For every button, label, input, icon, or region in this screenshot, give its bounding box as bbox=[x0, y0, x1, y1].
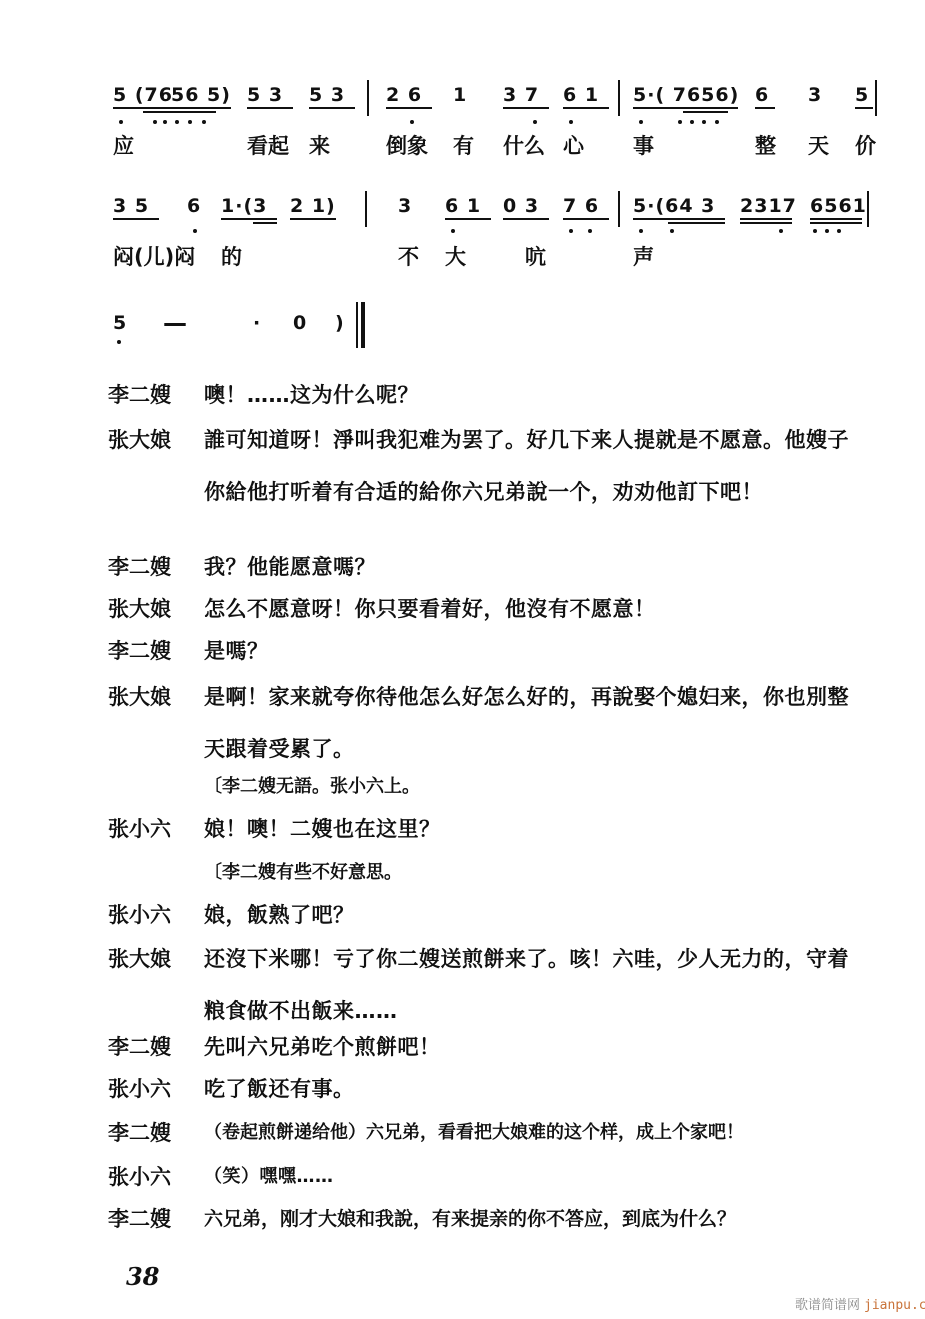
lyric-word: 心 bbox=[563, 134, 584, 158]
note-group: 5 bbox=[113, 312, 127, 334]
lyric-word: 应 bbox=[113, 134, 134, 158]
page-number: 38 bbox=[126, 1262, 159, 1291]
score-line-1: 5 (76 56 5) 5 3 5 3 2 6 1 3 7 6 1 5·( 76… bbox=[113, 82, 873, 162]
speaker-name: 张大娘 bbox=[108, 684, 198, 710]
lyric-word: 有 bbox=[453, 134, 474, 158]
score-line-3: 5 — · 0 ) bbox=[113, 300, 873, 380]
octave-dot bbox=[117, 340, 121, 344]
watermark-en: jianpu.cn bbox=[864, 1298, 925, 1313]
speech-text: 誰可知道呀！淨叫我犯难为罢了。好几下来人提就是不愿意。他嫂子你給他打听着有合适的… bbox=[204, 414, 864, 518]
lyrics-row: 闷(儿)闷 的 不 大 吭 声 bbox=[113, 193, 873, 273]
speaker-name: 张小六 bbox=[108, 1076, 198, 1102]
lyric-word: 来 bbox=[309, 134, 330, 158]
speaker-name: 李二嫂 bbox=[108, 554, 198, 580]
lyric-word: 的 bbox=[221, 245, 242, 269]
lyric-word: 价 bbox=[855, 134, 876, 158]
speaker-name: 李二嫂 bbox=[108, 382, 198, 408]
stage-direction-text: 〔李二嫂无語。张小六上。 bbox=[204, 774, 864, 800]
note-group: — bbox=[163, 312, 188, 334]
speaker-name: 张小六 bbox=[108, 816, 198, 842]
speaker-name: 李二嫂 bbox=[108, 638, 198, 664]
lyric-word: 整 bbox=[755, 134, 776, 158]
lyric-word: 事 bbox=[633, 134, 654, 158]
lyric-word: 声 bbox=[633, 245, 654, 269]
speech-text: 娘！噢！二嫂也在这里？ bbox=[204, 803, 864, 855]
speaker-name: 张大娘 bbox=[108, 596, 198, 622]
speaker-name: 李二嫂 bbox=[108, 1206, 198, 1232]
score-line-2: 3 5 6 1·(3 2 1) 3 6 1 0 3 7 6 5·(64 3 23… bbox=[113, 193, 873, 273]
lyric-word: 倒象 bbox=[386, 134, 428, 158]
final-bar-thin bbox=[356, 302, 358, 348]
note-group: 0 bbox=[293, 312, 307, 334]
note-group: ) bbox=[335, 312, 345, 334]
speaker-name: 李二嫂 bbox=[108, 1034, 198, 1060]
watermark-cn: 歌谱简谱网 bbox=[795, 1298, 860, 1313]
speech-text: 是嗎？ bbox=[204, 625, 864, 677]
stage-direction-text: 〔李二嫂有些不好意思。 bbox=[204, 860, 864, 886]
speech-text: 是啊！家来就夸你待他怎么好怎么好的，再說娶个媳妇来，你也別整天跟着受累了。 bbox=[204, 671, 864, 775]
bar-line bbox=[875, 80, 877, 116]
lyric-word: 天 bbox=[808, 134, 829, 158]
notes-row: 5 — · 0 ) bbox=[113, 300, 873, 380]
speaker-name: 张小六 bbox=[108, 902, 198, 928]
speaker-name: 张小六 bbox=[108, 1164, 198, 1190]
speaker-name: 张大娘 bbox=[108, 427, 198, 453]
lyric-word: 大 bbox=[445, 245, 466, 269]
note-group: · bbox=[253, 312, 261, 334]
site-watermark: 歌谱简谱网jianpu.cn bbox=[795, 1294, 925, 1313]
lyric-word: 不 bbox=[398, 245, 419, 269]
final-bar-thick bbox=[361, 302, 365, 348]
lyric-word: 闷(儿)闷 bbox=[113, 245, 195, 269]
speaker-name: 李二嫂 bbox=[108, 1120, 198, 1146]
lyrics-row: 应 看起 来 倒象 有 什么 心 事 整 天 价 bbox=[113, 82, 873, 162]
lyric-word: 吭 bbox=[525, 245, 546, 269]
lyric-word: 看起 bbox=[247, 134, 289, 158]
speech-text: 六兄弟，刚才大娘和我說，有来提亲的你不答应，到底为什么？ bbox=[204, 1193, 864, 1245]
speaker-name: 张大娘 bbox=[108, 946, 198, 972]
song-sheet-page: 5 (76 56 5) 5 3 5 3 2 6 1 3 7 6 1 5·( 76… bbox=[0, 0, 925, 1319]
lyric-word: 什么 bbox=[503, 134, 545, 158]
